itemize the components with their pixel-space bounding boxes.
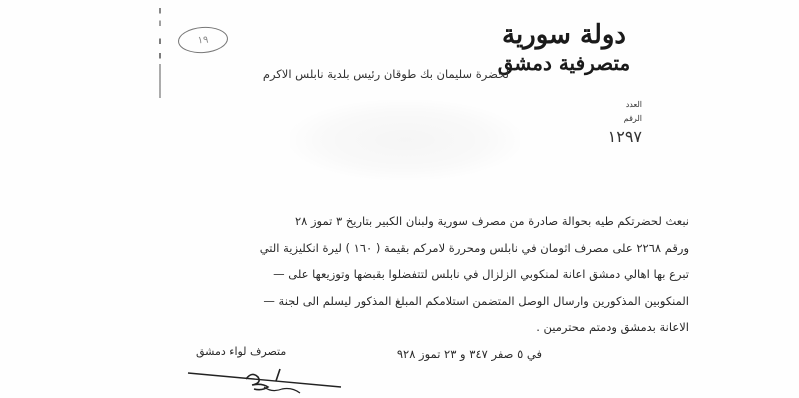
- body-line: نبعث لحضرتكم طيه بحوالة صادرة من مصرف سو…: [149, 208, 689, 235]
- faded-stamp-mark: [290, 100, 520, 180]
- body-line: تبرع بها اهالي دمشق اعانة لمنكوبي الزلزا…: [149, 261, 689, 288]
- page-number: ١٩: [197, 34, 208, 46]
- handwritten-signature-icon: [186, 365, 346, 395]
- reference-label-number: الرقم: [582, 112, 642, 126]
- page-number-stamp: ١٩: [177, 25, 229, 54]
- binding-margin-marks: [159, 8, 161, 98]
- body-line: المنكوبين المذكورين وارسال الوصل المتضمن…: [149, 288, 689, 315]
- scanned-letter-page: ١٩ دولة سورية متصرفية دمشق العدد الرقم ١…: [0, 0, 799, 398]
- addressee-line: لحضرة سليمان بك طوقان رئيس بلدية نابلس ا…: [263, 67, 509, 81]
- letter-body: نبعث لحضرتكم طيه بحوالة صادرة من مصرف سو…: [149, 208, 689, 341]
- letterhead-office: متصرفية دمشق: [489, 50, 639, 76]
- reference-label-count: العدد: [582, 98, 642, 112]
- body-line: الاعانة بدمشق ودمتم محترمين .: [149, 314, 689, 341]
- letterhead-state: دولة سورية: [489, 20, 639, 50]
- body-line: ورقم ٢٢٦٨ على مصرف اثومان في نابلس ومحرر…: [149, 235, 689, 262]
- reference-number: ١٢٩٧: [582, 126, 642, 148]
- letterhead: دولة سورية متصرفية دمشق: [489, 20, 639, 76]
- reference-block: العدد الرقم ١٢٩٧: [582, 98, 642, 148]
- signatory-title: متصرف لواء دمشق: [196, 345, 286, 358]
- letter-date: في ٥ صفر ٣٤٧ و ٢٣ تموز ٩٢٨: [397, 347, 542, 361]
